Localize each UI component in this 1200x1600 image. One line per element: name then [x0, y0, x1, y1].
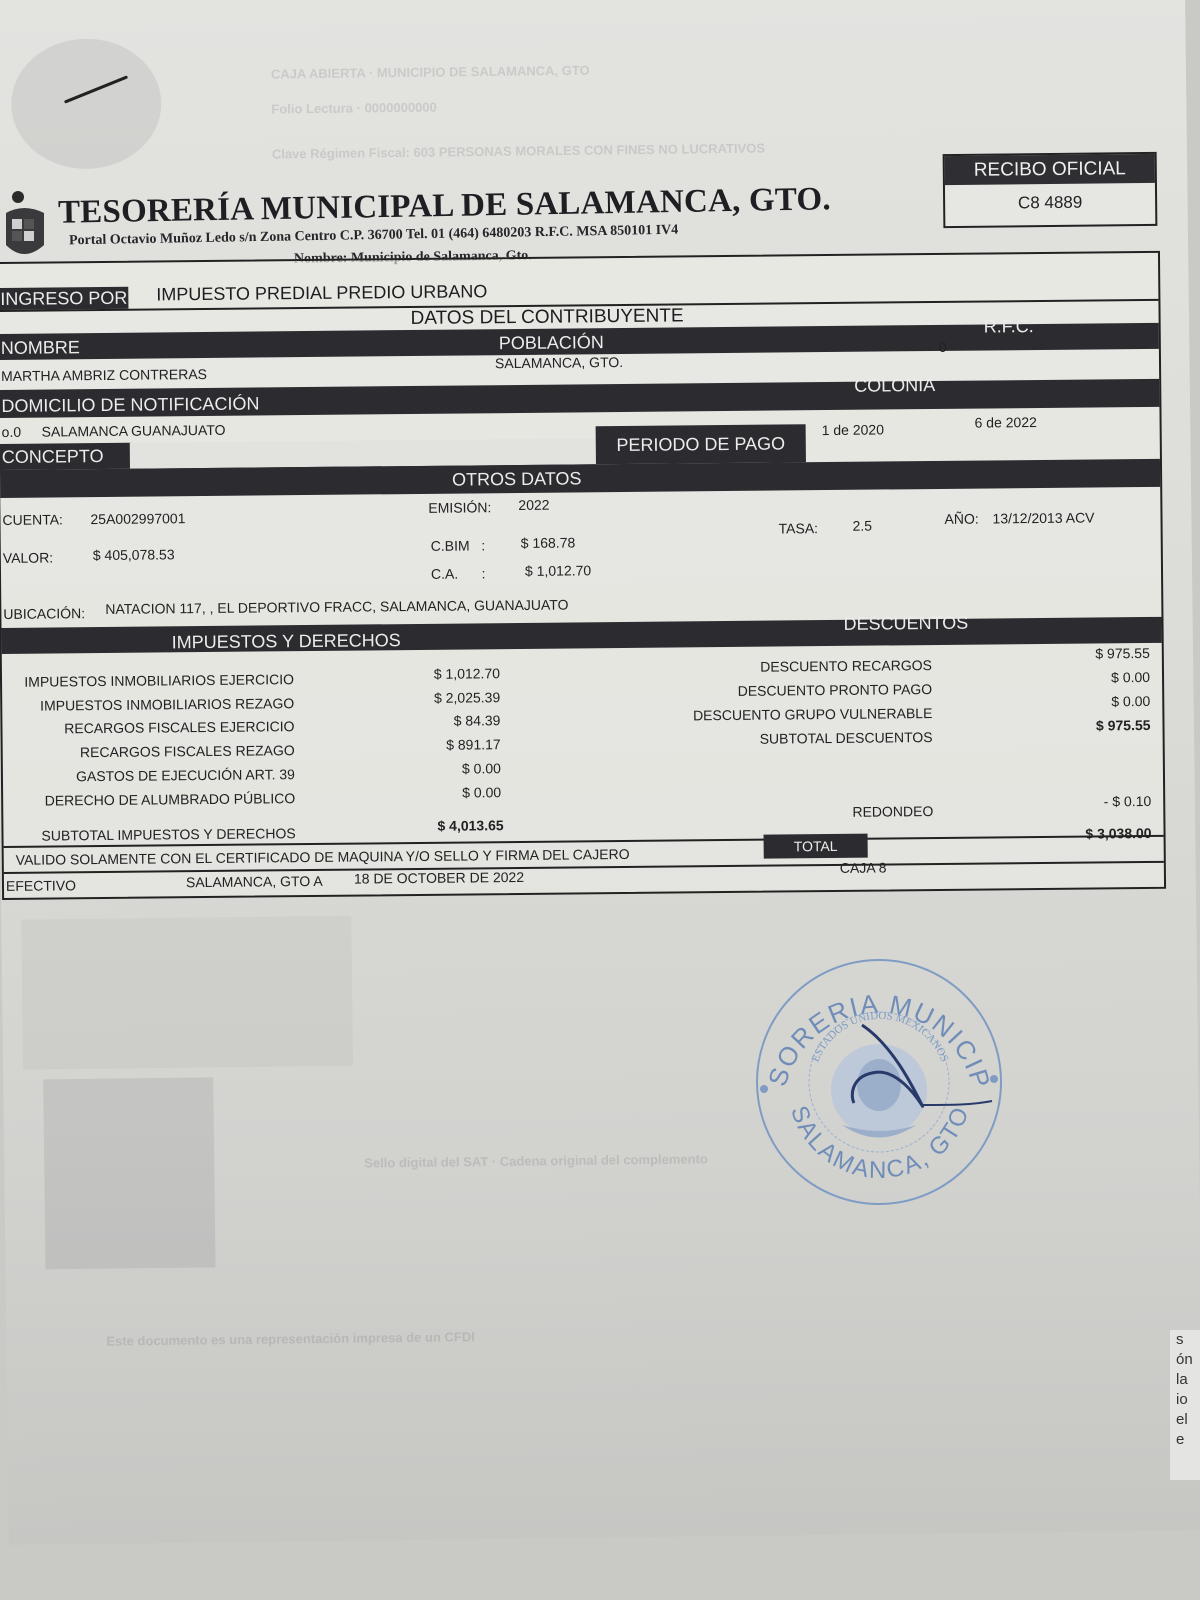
rfc-label: R.F.C. [984, 316, 1034, 337]
anio-value: 13/12/2013 ACV [992, 509, 1094, 526]
total-value: $ 3,038.00 [1085, 825, 1151, 842]
show-through-text: Este documento es una representación imp… [106, 1329, 475, 1349]
descuento-row-value: $ 0.00 [1111, 693, 1150, 709]
domicilio-value: SALAMANCA GUANAJUATO [42, 422, 226, 440]
periodo-label: PERIODO DE PAGO [596, 424, 806, 464]
poblacion-label: POBLACIÓN [499, 332, 604, 354]
periodo-from: 1 de 2020 [822, 421, 884, 438]
payment-method: EFECTIVO [6, 877, 76, 894]
receipt-form: INGRESO POR IMPUESTO PREDIAL PREDIO URBA… [0, 251, 1166, 900]
tasa-value: 2.5 [852, 518, 872, 534]
background-page-edge: sónlaioele [1170, 1330, 1200, 1480]
ca-label: C.A. : [431, 565, 486, 582]
impuesto-row-value: $ 1,012.70 [434, 665, 500, 682]
contribuyente-section-title: DATOS DEL CONTRIBUYENTE [410, 305, 683, 330]
descuentos-subtotal-value: $ 975.55 [1096, 717, 1151, 734]
receipt-number: C8 4889 [945, 183, 1155, 223]
ubicacion-label: UBICACIÓN: [3, 605, 85, 622]
descuento-row-label: DESCUENTO RECARGOS [760, 657, 932, 675]
descuentos-subtotal-label: SUBTOTAL DESCUENTOS [760, 729, 933, 747]
tasa-label: TASA: [779, 520, 819, 536]
receipt-number-box: RECIBO OFICIAL C8 4889 [943, 152, 1158, 228]
show-through-text: Clave Régimen Fiscal: 603 PERSONAS MORAL… [272, 141, 765, 162]
receipt-label: RECIBO OFICIAL [945, 154, 1155, 185]
valor-label: VALOR: [3, 549, 53, 565]
show-through-block [21, 916, 353, 1070]
impuesto-row-value: $ 0.00 [462, 760, 501, 776]
impuestos-subtotal-label: SUBTOTAL IMPUESTOS Y DERECHOS [41, 825, 295, 843]
impuesto-row-label: IMPUESTOS INMOBILIARIOS EJERCICIO [24, 671, 294, 690]
cbim-label: C.BIM : [431, 537, 486, 554]
total-label: TOTAL [764, 834, 868, 859]
nombre-value: MARTHA AMBRIZ CONTRERAS [1, 366, 207, 384]
redondeo-label: REDONDEO [852, 803, 933, 820]
show-through-text: Sello digital del SAT · Cadena original … [364, 1151, 708, 1170]
anio-label: AÑO: [944, 511, 978, 527]
descuento-row-label: DESCUENTO PRONTO PAGO [738, 681, 933, 699]
otros-datos-title: OTROS DATOS [452, 468, 582, 490]
emision-value: 2022 [518, 497, 549, 513]
domicilio-header-bar: DOMICILIO DE NOTIFICACIÓN COLONIA [0, 379, 1159, 418]
cbim-value: $ 168.78 [521, 534, 576, 551]
cuenta-value: 25A002997001 [90, 510, 185, 527]
ingreso-value: IMPUESTO PREDIAL PREDIO URBANO [156, 281, 487, 305]
impuesto-row-label: GASTOS DE EJECUCIÓN ART. 39 [76, 766, 295, 784]
ubicacion-value: NATACION 117, , EL DEPORTIVO FRACC, SALA… [105, 597, 568, 617]
domicilio-label: DOMICILIO DE NOTIFICACIÓN [1, 393, 259, 416]
concepto-label: CONCEPTO [0, 443, 132, 470]
periodo-to: 6 de 2022 [975, 414, 1037, 431]
ingreso-label: INGRESO POR [0, 287, 128, 310]
impuesto-row-value: $ 891.17 [446, 736, 501, 753]
descuentos-title: DESCUENTOS [843, 613, 968, 635]
impuesto-row-value: $ 84.39 [454, 713, 501, 729]
valor-value: $ 405,078.53 [93, 546, 175, 563]
watermark-shadow [10, 38, 162, 170]
show-through-text: CAJA ABIERTA · MUNICIPIO DE SALAMANCA, G… [271, 63, 590, 82]
impuesto-row-value: $ 0.00 [462, 784, 501, 800]
caja-number: CAJA 8 [840, 859, 887, 875]
validity-note: VALIDO SOLAMENTE CON EL CERTIFICADO DE M… [16, 846, 630, 868]
official-seal-stamp: TESORERIA MUNICIPAL SALAMANCA, GTO ESTAD… [752, 955, 1006, 1209]
descuento-row-value: $ 975.55 [1095, 645, 1150, 662]
impuestos-descuentos-bar: IMPUESTOS Y DERECHOS DESCUENTOS [2, 617, 1162, 654]
show-through-text: Folio Lectura · 0000000000 [271, 100, 437, 117]
redondeo-value: - $ 0.10 [1104, 793, 1152, 809]
impuestos-subtotal-value: $ 4,013.65 [437, 817, 503, 834]
qr-show-through [43, 1077, 215, 1269]
impuesto-row-label: IMPUESTOS INMOBILIARIOS REZAGO [40, 695, 294, 713]
ca-value: $ 1,012.70 [525, 562, 591, 579]
emision-label: EMISIÓN: [428, 499, 491, 516]
domicilio-number: o.0 [2, 424, 22, 440]
impuesto-row-label: DERECHO DE ALUMBRADO PÚBLICO [45, 790, 296, 808]
cuenta-label: CUENTA: [2, 511, 63, 528]
descuento-row-label: DESCUENTO GRUPO VULNERABLE [693, 705, 933, 723]
impuesto-row-value: $ 2,025.39 [434, 689, 500, 706]
payment-place: SALAMANCA, GTO A [186, 873, 323, 890]
municipal-crest-icon [4, 185, 44, 265]
impuesto-row-label: RECARGOS FISCALES EJERCICIO [64, 719, 294, 737]
colonia-label: COLONIA [854, 375, 935, 397]
impuesto-row-label: RECARGOS FISCALES REZAGO [80, 742, 295, 760]
nombre-label: NOMBRE [1, 337, 80, 359]
poblacion-value: SALAMANCA, GTO. [495, 354, 623, 371]
descuento-row-value: $ 0.00 [1111, 669, 1150, 685]
impuestos-title: IMPUESTOS Y DERECHOS [172, 630, 401, 653]
payment-date: 18 DE OCTOBER DE 2022 [354, 869, 524, 887]
rfc-value: 0 [939, 339, 947, 355]
